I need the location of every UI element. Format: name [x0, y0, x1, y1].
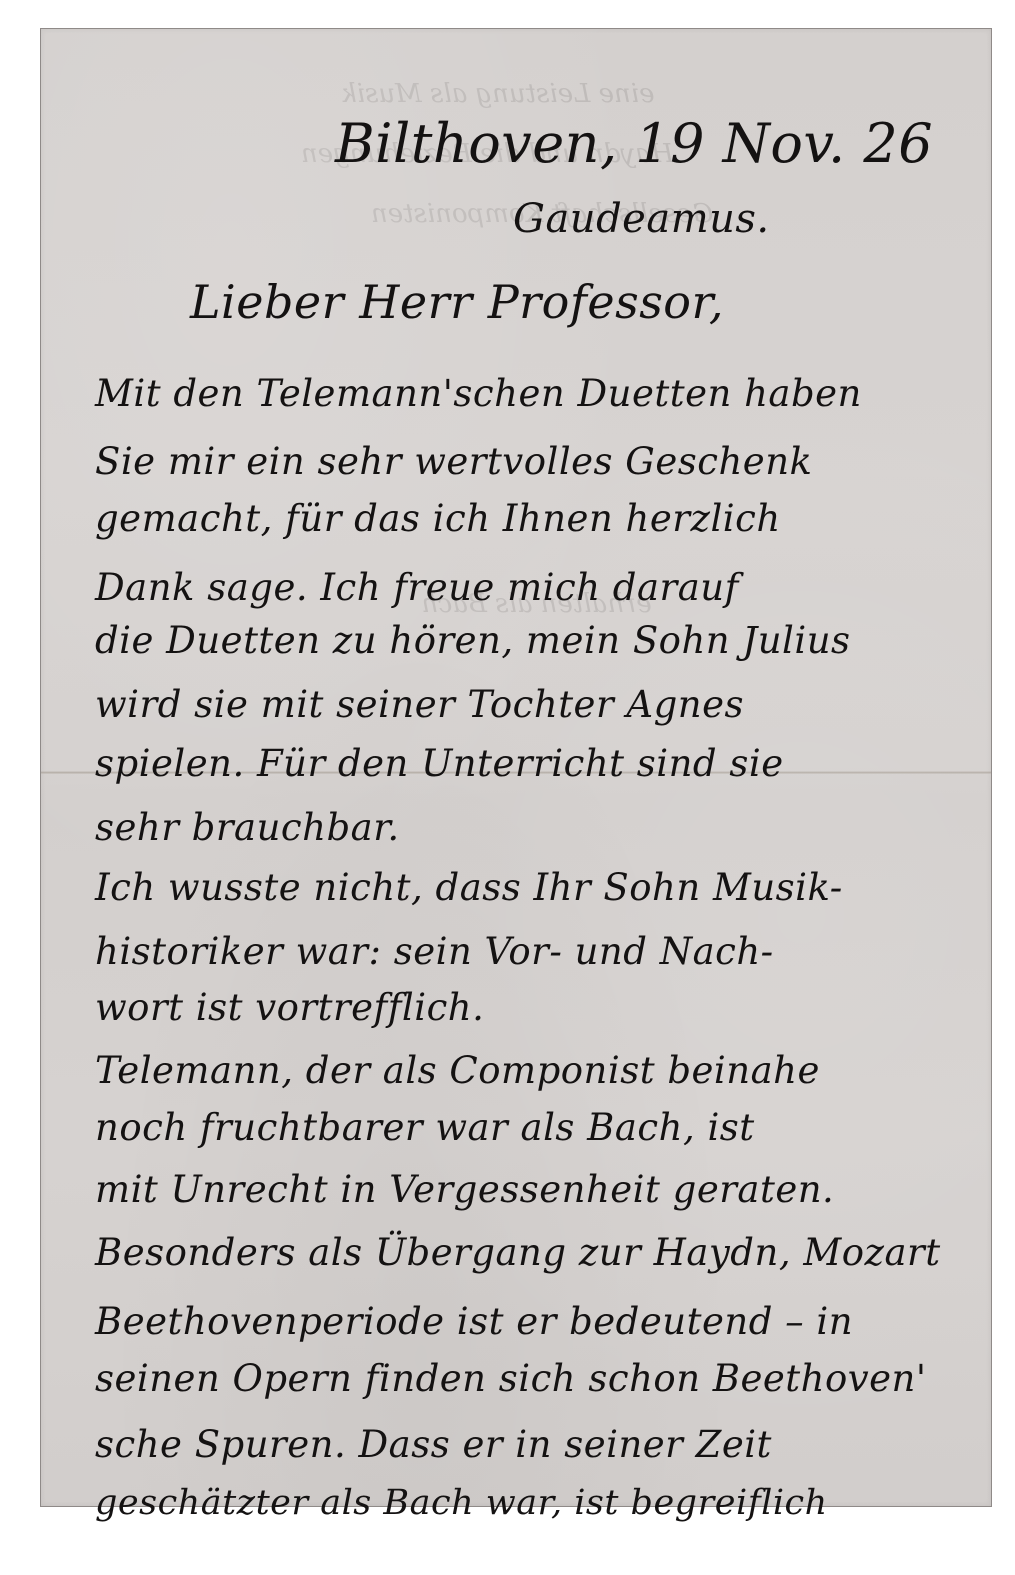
letter-line: geschätzter als Bach war, ist begreiflic…	[95, 1483, 828, 1523]
bleed-through-text: eine Leistung als Musik	[341, 79, 654, 109]
letter-line: Ich wusste nicht, dass Ihr Sohn Musik-	[95, 866, 843, 909]
letter-villa-name: Gaudeamus.	[513, 196, 770, 242]
letter-line: Sie mir ein sehr wertvolles Geschenk	[95, 440, 812, 483]
letter-line: Beethovenperiode ist er bedeutend – in	[95, 1300, 853, 1343]
letter-line: noch fruchtbarer war als Bach, ist	[95, 1106, 755, 1149]
letter-line: sche Spuren. Dass er in seiner Zeit	[95, 1423, 772, 1466]
letter-line: mit Unrecht in Vergessenheit geraten.	[95, 1168, 834, 1211]
letter-line: Mit den Telemann'schen Duetten haben	[95, 372, 862, 415]
letter-line: die Duetten zu hören, mein Sohn Julius	[95, 619, 851, 662]
letter-line: Dank sage. Ich freue mich darauf	[95, 566, 739, 609]
letter-line: seinen Opern finden sich schon Beethoven…	[95, 1357, 927, 1400]
letter-line: wird sie mit seiner Tochter Agnes	[95, 683, 744, 726]
letter-line: Telemann, der als Componist beinahe	[95, 1049, 820, 1092]
letter-salutation: Lieber Herr Professor,	[190, 275, 724, 329]
letter-line: Besonders als Übergang zur Haydn, Mozart	[95, 1231, 941, 1274]
letter-place-date: Bilthoven, 19 Nov. 26	[335, 112, 933, 175]
letter-line: spielen. Für den Unterricht sind sie	[95, 742, 784, 785]
letter-line: wort ist vortrefflich.	[95, 986, 484, 1029]
letter-line: historiker war: sein Vor- und Nach-	[95, 930, 774, 973]
letter-line: gemacht, für das ich Ihnen herzlich	[95, 497, 781, 540]
letter-line: sehr brauchbar.	[95, 806, 400, 849]
